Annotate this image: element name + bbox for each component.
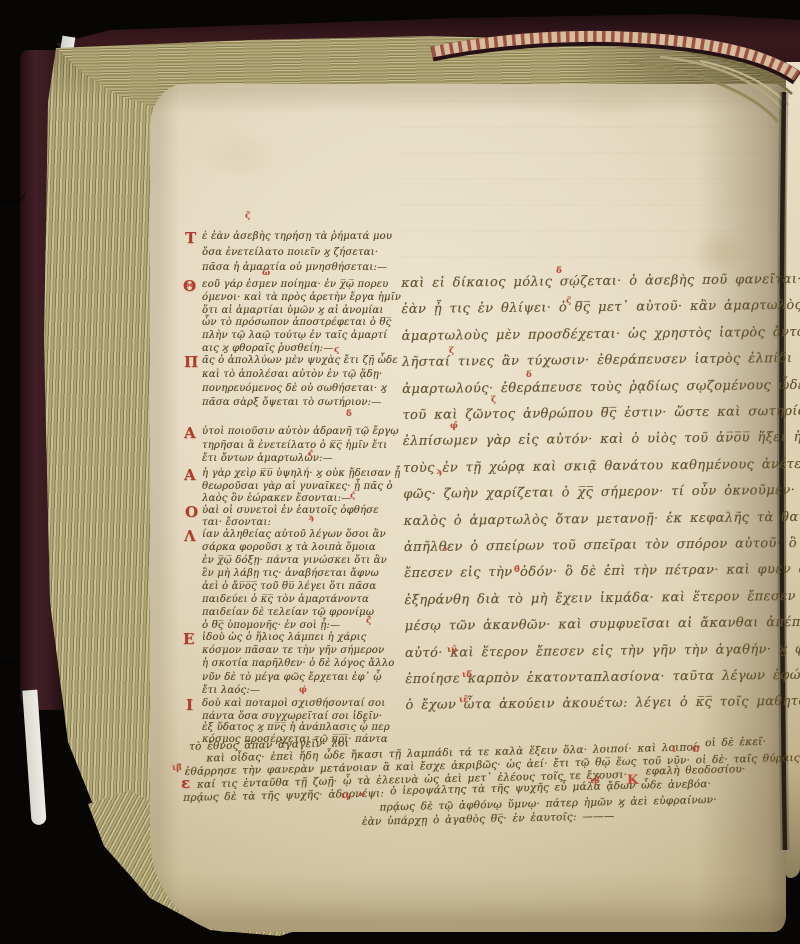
manuscript-photo: ὲ ἐὰν ἀσεβὴς τηρήσῃ τὰ ῥήματά μουὅσα ἐνε…	[0, 0, 800, 944]
red-rubric-mark: ιβ́	[172, 763, 182, 773]
red-initial: Τ	[185, 229, 196, 247]
red-rubric-mark: ιβ̃	[590, 776, 600, 786]
red-rubric-mark: ιε̃	[459, 695, 468, 705]
red-initial: Α	[184, 424, 196, 442]
red-rubric-mark: φ̃	[450, 421, 458, 431]
red-rubric-mark: ϛ̃	[366, 616, 371, 626]
red-initial: ε	[181, 774, 190, 792]
red-initial: Θ	[183, 277, 196, 295]
red-rubric-mark: ϛ̃	[245, 211, 250, 221]
red-rubric-mark: ϧ	[443, 543, 447, 554]
red-initial: Ο	[185, 503, 198, 521]
red-rubric-mark: ω̃	[262, 268, 270, 278]
red-rubric-mark: ϛ́	[350, 491, 355, 501]
red-rubric-mark: Κ	[627, 773, 638, 788]
red-initial: Π	[184, 353, 198, 371]
rubric-annotations: ΤΘΠΑΑΟΛΕΙεϛ̃ω̃ϛδ́ϛ́ϛ́ϡϛ̃φ̇δ̃ϛ̈ζδζφ̃ϡϧθ̃ι…	[0, 0, 800, 944]
red-rubric-mark: ϊ	[672, 745, 676, 755]
red-rubric-mark: ϛ	[334, 345, 339, 355]
red-rubric-mark: ιδ̃	[462, 670, 472, 680]
red-rubric-mark: θ̃	[514, 565, 520, 575]
red-rubric-mark: ϡ	[436, 467, 442, 477]
red-rubric-mark: ζ	[491, 395, 496, 405]
red-rubric-mark: ιγ	[341, 791, 351, 801]
red-rubric-mark: ϛ̈	[566, 296, 571, 306]
red-initial: Λ	[184, 527, 196, 545]
red-rubric-mark: Ο̃	[692, 745, 699, 755]
red-rubric-mark: ϛ́	[308, 449, 313, 459]
red-initial: Ι	[186, 696, 193, 714]
red-rubric-mark: δ́	[346, 409, 352, 419]
red-rubric-mark: δ̃	[556, 266, 562, 276]
red-rubric-mark: δ	[526, 370, 532, 380]
red-rubric-mark: ϡ	[308, 513, 314, 523]
red-rubric-mark: ιγ̃	[447, 645, 457, 655]
red-rubric-mark: φ̇	[299, 685, 307, 695]
red-rubric-mark: ∞	[358, 790, 365, 800]
red-initial: Α	[184, 466, 196, 484]
red-initial: Ε	[183, 630, 194, 648]
red-rubric-mark: ζ	[449, 346, 454, 356]
manuscript-text-layer: ὲ ἐὰν ἀσεβὴς τηρήσῃ τὰ ῥήματά μουὅσα ἐνε…	[0, 0, 800, 944]
